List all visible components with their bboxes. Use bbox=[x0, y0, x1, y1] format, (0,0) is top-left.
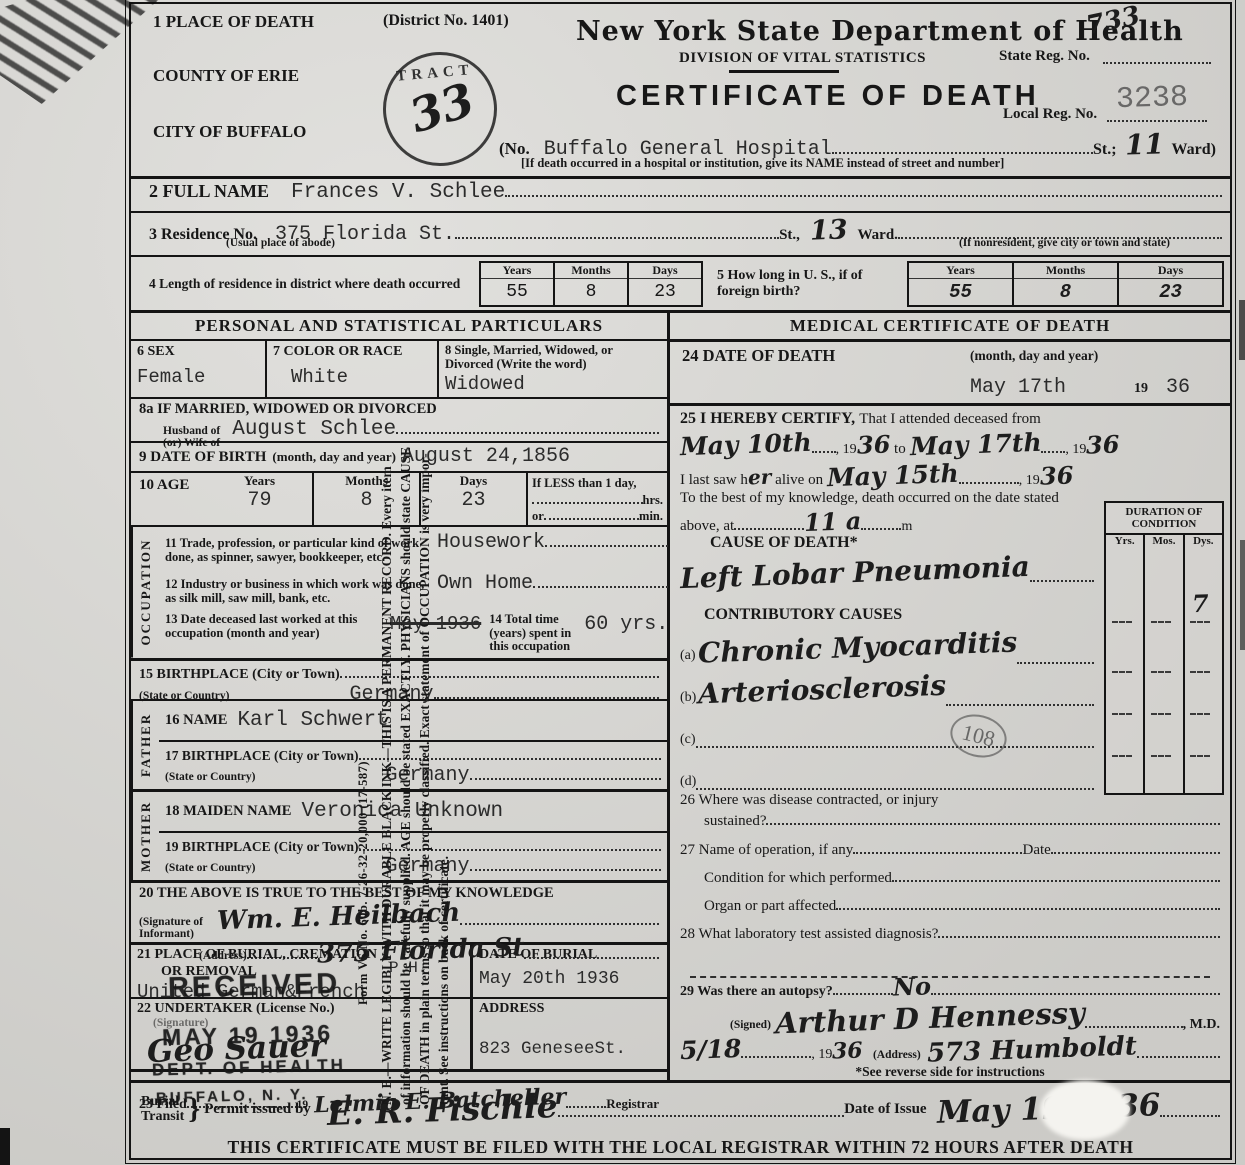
leader-line bbox=[1041, 437, 1065, 453]
age-years-value: 79 bbox=[207, 489, 312, 512]
form-number: Form VS No. 60b. 7-26-32-20,000 (17-587) bbox=[356, 0, 371, 1005]
printed-19: , 19 bbox=[836, 442, 857, 458]
years-header: Years bbox=[207, 473, 312, 489]
duration-of-condition-box: DURATION OF CONDITION Yrs. Mos. Dys. 7 bbox=[1104, 501, 1224, 795]
leader-line bbox=[544, 508, 639, 521]
autopsy-label: 29 Was there an autopsy? bbox=[680, 984, 833, 1000]
physician-address: 573 Humboldt bbox=[926, 1031, 1137, 1068]
transit-word: Transit bbox=[141, 1109, 184, 1124]
or-label: or bbox=[532, 509, 544, 524]
cause-duration-days: 7 bbox=[1191, 589, 1209, 619]
organ-affected-label: Organ or part affected bbox=[704, 898, 836, 915]
residence-length-row: 4 Length of residence in district where … bbox=[131, 257, 1230, 313]
leader-line bbox=[734, 514, 804, 530]
signed-date: 5/18 bbox=[680, 1034, 742, 1065]
spouse-value: August Schlee bbox=[232, 418, 396, 441]
leader-line bbox=[931, 979, 1220, 995]
leader-line bbox=[1017, 648, 1094, 664]
leader-line bbox=[470, 855, 661, 871]
mother-birthplace-label: 19 BIRTHPLACE (City or Town) bbox=[165, 839, 359, 855]
certify-rest: That I attended deceased from bbox=[859, 411, 1041, 427]
less-than-one-day-cell: If LESS than 1 day, hrs. ormin. bbox=[528, 473, 667, 525]
father-birthplace-sub: (State or Country) bbox=[165, 771, 256, 783]
scan-edge-mark bbox=[1240, 540, 1245, 650]
operation-label: 27 Name of operation, if any bbox=[680, 842, 853, 859]
duration-columns: Yrs. Mos. Dys. bbox=[1106, 533, 1222, 793]
leader-line bbox=[1160, 1101, 1220, 1117]
leader-line bbox=[455, 223, 779, 239]
birthplace-label: 15 BIRTHPLACE (City or Town) bbox=[139, 667, 340, 683]
leader-line bbox=[434, 684, 659, 700]
signed-year: 36 bbox=[832, 1037, 864, 1064]
margin-line-2: of information should be carefully suppl… bbox=[396, 0, 415, 1105]
b-value: Arteriosclerosis bbox=[698, 669, 947, 711]
above-at-label: above, at bbox=[680, 518, 734, 535]
lab-test-label: 28 What laboratory test assisted diagnos… bbox=[680, 926, 938, 943]
operation-date-label: Date bbox=[1022, 842, 1050, 859]
contributory-c: (c) bbox=[680, 706, 1094, 748]
min-label: min. bbox=[639, 509, 663, 524]
leader-line bbox=[832, 138, 1093, 154]
full-name-label: 2 FULL NAME bbox=[149, 181, 269, 202]
address-label: (Address) bbox=[873, 1049, 921, 1061]
age-label: 10 AGE bbox=[131, 473, 207, 525]
full-name-row: 2 FULL NAME Frances V. Schlee bbox=[131, 179, 1230, 213]
duration-dash bbox=[1190, 755, 1210, 757]
undertaker-address: 823 GeneseeSt. bbox=[479, 1039, 661, 1059]
total-time-value: 60 yrs. bbox=[584, 613, 668, 654]
father-name-label: 16 NAME bbox=[165, 712, 227, 729]
scan-edge-mark bbox=[1239, 300, 1245, 360]
length-ymd-table: Years 55 Months 8 Days 23 bbox=[479, 261, 703, 307]
leader-line bbox=[946, 690, 1094, 706]
age-years-cell: Years 79 bbox=[207, 473, 314, 525]
disease-contracted-row: 26 Where was disease contracted, or inju… bbox=[670, 790, 1230, 836]
leader-line bbox=[524, 943, 659, 959]
duration-dash bbox=[1112, 713, 1132, 715]
condition-performed-label: Condition for which performed bbox=[704, 870, 892, 887]
months-header: Months bbox=[555, 263, 627, 279]
certify-bold: 25 I HEREBY CERTIFY, bbox=[680, 410, 855, 427]
to-word: to bbox=[894, 441, 906, 458]
filing-deadline-notice: THIS CERTIFICATE MUST BE FILED WITH THE … bbox=[131, 1135, 1230, 1158]
d-label: (d) bbox=[680, 774, 696, 790]
days-cell: Days 23 bbox=[629, 263, 701, 305]
days-header: Days bbox=[629, 263, 701, 279]
margin-line-1: N. B.—WRITE LEGIBLY WITH DURABLE BLACK I… bbox=[377, 0, 396, 1105]
us-ymd-table: Years 55 Months 8 Days 23 bbox=[907, 261, 1224, 307]
leader-line bbox=[533, 572, 668, 588]
leader-line bbox=[766, 809, 1220, 825]
received-stamp-date: MAY 19 1936 bbox=[162, 1020, 334, 1051]
years-value: 55 bbox=[909, 279, 1012, 305]
duration-dash bbox=[1112, 671, 1132, 673]
marital-value: Widowed bbox=[445, 373, 661, 395]
years-cell: Years 55 bbox=[909, 263, 1014, 305]
scan-edge-mark bbox=[0, 1128, 10, 1165]
mother-birthplace-sub: (State or Country) bbox=[165, 862, 256, 874]
leader-line bbox=[1051, 838, 1220, 854]
physician-signature: Arthur D Hennessy bbox=[774, 996, 1085, 1041]
mother-side-label: MOTHER bbox=[131, 792, 159, 880]
lab-test-row: 28 What laboratory test assisted diagnos… bbox=[670, 920, 1230, 972]
a-label: (a) bbox=[680, 648, 696, 664]
leader-line bbox=[892, 866, 1220, 882]
contributory-b: (b) Arteriosclerosis bbox=[680, 664, 1094, 706]
leader-line bbox=[532, 491, 643, 504]
months-header: Months bbox=[1014, 263, 1117, 279]
sex-cell: 6 SEX Female bbox=[131, 341, 267, 397]
medical-column: MEDICAL CERTIFICATE OF DEATH 24 DATE OF … bbox=[670, 313, 1230, 1080]
how-long-in-us-label: 5 How long in U. S., if of foreign birth… bbox=[717, 268, 907, 300]
less-label: If LESS than 1 day, bbox=[532, 476, 637, 490]
leader-line bbox=[1030, 566, 1094, 582]
residence-st-label: St., bbox=[779, 227, 800, 244]
days-cell: Days 23 bbox=[1119, 263, 1222, 305]
undertaker-address-cell: ADDRESS 823 GeneseeSt. bbox=[470, 999, 667, 1069]
leader-line bbox=[812, 437, 836, 453]
years-header: Years bbox=[909, 263, 1012, 279]
leader-line bbox=[861, 514, 901, 530]
duration-dash bbox=[1112, 755, 1132, 757]
days-value: 23 bbox=[629, 279, 701, 305]
burial-date-value: May 20th 1936 bbox=[479, 969, 661, 989]
state-reg-label: State Reg. No. bbox=[999, 48, 1090, 65]
days-header: Days bbox=[1119, 263, 1222, 279]
state-reg-line bbox=[1103, 62, 1211, 64]
duration-title-2: CONDITION bbox=[1106, 518, 1222, 530]
residence-ward-handwritten: 13 bbox=[809, 214, 848, 246]
leader-line bbox=[460, 909, 659, 925]
date-of-issue-label: Date of Issue bbox=[844, 1101, 927, 1118]
local-reg-label: Local Reg. No. bbox=[1003, 106, 1097, 123]
attended-to-year: 36 bbox=[1086, 429, 1120, 459]
marital-label: 8 Single, Married, Widowed, or Divorced … bbox=[445, 344, 661, 371]
duration-title-1: DURATION OF bbox=[1106, 503, 1222, 518]
marital-cell: 8 Single, Married, Widowed, or Divorced … bbox=[439, 341, 667, 397]
autopsy-value: No bbox=[892, 971, 931, 1001]
last-saw-label: I last saw h bbox=[680, 472, 748, 489]
death-certificate-scan: Form VS No. 60b. 7-26-32-20,000 (17-587)… bbox=[0, 0, 1245, 1165]
autopsy-row: 29 Was there an autopsy? No (Signed) Art… bbox=[670, 972, 1230, 1064]
a-value: Chronic Myocarditis bbox=[697, 625, 1017, 669]
months-cell: Months 8 bbox=[555, 263, 629, 305]
months-cell: Months 8 bbox=[1014, 263, 1119, 305]
city-label: CITY OF BUFFALO bbox=[153, 122, 306, 142]
duration-dash bbox=[1151, 713, 1171, 715]
b-label: (b) bbox=[680, 690, 696, 706]
her-handwritten: er bbox=[747, 465, 771, 490]
certificate-title: CERTIFICATE OF DEATH bbox=[616, 80, 1040, 113]
disease-contracted-label2: sustained? bbox=[704, 813, 766, 830]
sex-value: Female bbox=[137, 366, 259, 388]
contributory-causes-label: CONTRIBUTORY CAUSES bbox=[704, 606, 1094, 624]
date-of-death-row: 24 DATE OF DEATH (month, day and year) M… bbox=[670, 342, 1230, 406]
time-of-death: 11 a bbox=[804, 506, 862, 537]
leader-line bbox=[938, 922, 1220, 938]
margin-instructions: Form VS No. 60b. 7-26-32-20,000 (17-587)… bbox=[16, 0, 128, 1165]
received-stamp-word: RECEIVED bbox=[168, 968, 341, 1005]
cause-of-death-label: CAUSE OF DEATH* bbox=[710, 534, 1094, 552]
printed-19: , 19 bbox=[811, 1047, 832, 1063]
sex-label: 6 SEX bbox=[137, 344, 259, 360]
leader-line bbox=[1085, 1012, 1183, 1028]
husband-of-label: Husband of bbox=[163, 425, 220, 437]
duration-dash bbox=[1190, 671, 1210, 673]
months-value: 8 bbox=[1014, 279, 1117, 305]
c-label: (c) bbox=[680, 732, 696, 748]
printed-19: , 19 bbox=[1065, 442, 1086, 458]
leader-line bbox=[833, 979, 893, 995]
years-header: Years bbox=[481, 263, 553, 279]
hrs-label: hrs. bbox=[643, 493, 664, 508]
certify-row: 25 I HEREBY CERTIFY, That I attended dec… bbox=[670, 406, 1230, 490]
m-label: m bbox=[901, 519, 912, 535]
place-of-death-label: 1 PLACE OF DEATH bbox=[153, 12, 314, 32]
informant-label: Informant) bbox=[139, 928, 203, 940]
contributory-d: (d) bbox=[680, 748, 1094, 790]
duration-dash bbox=[1151, 671, 1171, 673]
attended-from-year: 36 bbox=[856, 429, 890, 459]
date-of-death-value: May 17th bbox=[970, 376, 1066, 399]
days-value: 23 bbox=[1119, 279, 1222, 305]
leader-line bbox=[696, 732, 1094, 748]
date-of-death-note: (month, day and year) bbox=[970, 348, 1098, 364]
residence-ward-label: Ward. bbox=[858, 227, 898, 244]
printed-19: , 19 bbox=[1019, 473, 1040, 489]
leader-line bbox=[959, 468, 1019, 484]
leader-line bbox=[505, 181, 1222, 197]
institution-note: [If death occurred in a hospital or inst… bbox=[521, 156, 1004, 171]
father-birthplace-label: 17 BIRTHPLACE (City or Town) bbox=[165, 748, 359, 764]
trade-value: Housework bbox=[437, 531, 545, 554]
local-reg-stamped-number: 3238 bbox=[1115, 81, 1188, 117]
division-rule bbox=[729, 70, 839, 73]
years-cell: Years 55 bbox=[481, 263, 555, 305]
form-header: 1 PLACE OF DEATH (District No. 1401) COU… bbox=[131, 4, 1230, 179]
duration-dash bbox=[1151, 621, 1171, 623]
months-value: 8 bbox=[555, 279, 627, 305]
total-time-label: 14 Total time (years) spent in this occu… bbox=[489, 613, 584, 654]
date-of-death-year: 36 bbox=[1166, 376, 1190, 399]
leader-line bbox=[1137, 1042, 1220, 1058]
county-label: COUNTY OF ERIE bbox=[153, 66, 299, 86]
duration-dash bbox=[1112, 621, 1132, 623]
duration-dash bbox=[1190, 713, 1210, 715]
residence-row: 3 Residence No. 375 Florida St. St., 13 … bbox=[131, 213, 1230, 257]
duration-dash bbox=[1190, 621, 1210, 623]
leader-line bbox=[470, 764, 661, 780]
duration-dash bbox=[1151, 755, 1171, 757]
md-label: , M.D. bbox=[1183, 1017, 1220, 1033]
maiden-name-label: 18 MAIDEN NAME bbox=[165, 803, 291, 820]
leader-line bbox=[545, 531, 668, 547]
leader-line bbox=[836, 894, 1220, 910]
father-side-label: FATHER bbox=[131, 701, 159, 789]
occupation-side-label: OCCUPATION bbox=[131, 527, 159, 658]
nonresident-note: (If nonresident, give city or town and s… bbox=[959, 237, 1170, 249]
leader-line bbox=[696, 774, 1094, 790]
attended-to-date: May 17th bbox=[909, 428, 1042, 462]
leader-line bbox=[741, 1042, 811, 1058]
signed-label: (Signed) bbox=[730, 1019, 771, 1031]
st-label: St.; bbox=[1093, 141, 1117, 159]
ward-label: Ward) bbox=[1172, 141, 1216, 159]
leader-line bbox=[853, 838, 1022, 854]
main-columns: PERSONAL AND STATISTICAL PARTICULARS 6 S… bbox=[131, 313, 1230, 1080]
medical-section-title: MEDICAL CERTIFICATE OF DEATH bbox=[670, 313, 1230, 342]
attended-from-date: May 10th bbox=[680, 428, 813, 462]
margin-line-3: OF DEATH in plain terms so that it may b… bbox=[415, 0, 434, 1105]
last-seen-year: 36 bbox=[1039, 460, 1073, 490]
cause-of-death-value: Left Lobar Pneumonia bbox=[680, 550, 1031, 595]
date-of-death-label: 24 DATE OF DEATH bbox=[682, 346, 835, 366]
operation-row: 27 Name of operation, if any Date Condit… bbox=[670, 836, 1230, 920]
last-seen-date: May 15th bbox=[827, 459, 960, 493]
undertaker-address-label: ADDRESS bbox=[479, 1001, 661, 1017]
abode-note: (Usual place of abode) bbox=[226, 237, 335, 249]
division-label: DIVISION OF VITAL STATISTICS bbox=[679, 50, 926, 67]
dob-label: 9 DATE OF BIRTH bbox=[139, 449, 266, 466]
printed-19: 19 bbox=[1134, 381, 1148, 397]
erasure-blob bbox=[1040, 1080, 1130, 1140]
ward-handwritten: 11 bbox=[1124, 127, 1164, 161]
years-value: 55 bbox=[481, 279, 553, 305]
local-reg-line bbox=[1107, 120, 1207, 122]
alive-on-label: alive on bbox=[775, 472, 823, 489]
signature-of-label: (Signature of bbox=[139, 916, 203, 928]
leader-line bbox=[558, 1101, 845, 1117]
contributory-a: (a) Chronic Myocarditis bbox=[680, 624, 1094, 664]
